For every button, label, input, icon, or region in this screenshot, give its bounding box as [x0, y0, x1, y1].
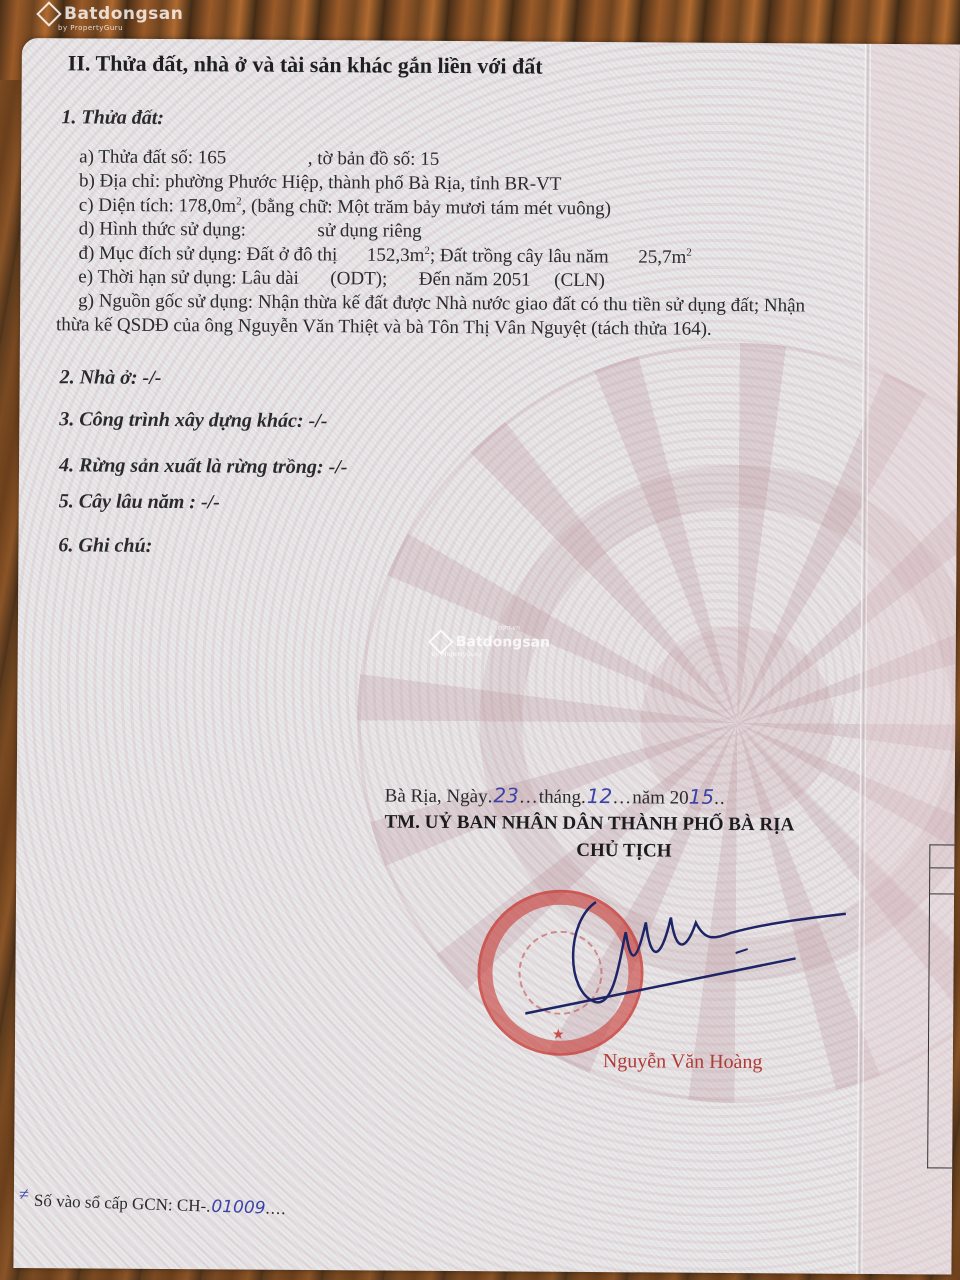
parcel-number-line: a) Thửa đất số: 165 , tờ bản đồ số: 15: [79, 146, 439, 171]
usage-form-line: d) Hình thức sử dụng: sử dụng riêng: [79, 218, 422, 242]
usage-purpose-label: đ) Mục đích sử dụng: Đất ở đô thị: [78, 243, 337, 266]
area-label: c) Diện tích:: [79, 195, 174, 217]
address-line: b) Địa chỉ: phường Phước Hiệp, thành phố…: [79, 170, 562, 195]
signer-position: CHỦ TỊCH: [576, 840, 671, 863]
perennial-trees-item: 5. Cây lâu năm : -/-: [59, 490, 220, 514]
certificate-registry-line: Số vào sổ cấp GCN: CH-.01009....: [34, 1191, 287, 1219]
signer-name: Nguyễn Văn Hoàng: [603, 1050, 763, 1074]
land-heading: 1. Thửa đất:: [61, 106, 164, 130]
origin-line-2: thừa kế QSDĐ của ông Nguyễn Văn Thiệt và…: [56, 314, 712, 341]
area-in-words: , (bằng chữ: Một trăm bảy mươi tám mét v…: [242, 196, 612, 220]
usage-term-line: e) Thời hạn sử dụng: Lâu dài (ODT); Đến …: [78, 266, 605, 292]
handwritten-signature: [525, 892, 846, 1034]
certificate-page: II. Thửa đất, nhà ở và tài sản khác gắn …: [13, 38, 960, 1275]
handwritten-initials: ≠: [19, 1184, 29, 1205]
batdongsan-watermark-top: Batdongsan by PropertyGuru: [40, 4, 183, 32]
usage-term-code-odt: (ODT);: [330, 268, 387, 289]
urban-land-area: 152,3m: [367, 245, 425, 266]
house-item: 2. Nhà ở: -/-: [60, 366, 162, 390]
parcel-number-label: a) Thửa đất số:: [79, 146, 193, 168]
map-sheet-value: 15: [420, 149, 439, 170]
address-value: phường Phước Hiệp, thành phố Bà Rịa, tỉn…: [165, 171, 562, 195]
registry-label: Số vào sổ cấp GCN: CH-: [34, 1191, 207, 1216]
origin-line-1: g) Nguồn gốc sử dụng: Nhận thừa kế đất đ…: [78, 290, 805, 317]
batdongsan-watermark-center: .com.vn Batdongsan by PropertyGuru: [432, 633, 550, 659]
side-notes-table: [927, 844, 960, 1168]
year-label: năm 20: [632, 787, 689, 808]
usage-form-value: sử dụng riêng: [317, 220, 421, 242]
handwritten-day: 23: [493, 783, 519, 807]
production-forest-item: 4. Rừng sản xuất là rừng trồng: -/-: [59, 454, 348, 479]
month-label: tháng: [539, 787, 581, 808]
notes-item: 6. Ghi chú:: [58, 534, 152, 558]
section-heading: II. Thửa đất, nhà ở và tài sản khác gắn …: [68, 50, 543, 79]
batdongsan-logo-icon: [36, 1, 61, 26]
issuing-organization: TM. UỶ BAN NHÂN DÂN THÀNH PHỐ BÀ RỊA: [384, 812, 794, 837]
place-label: Bà Rịa, Ngày: [385, 786, 488, 808]
map-sheet-label: , tờ bản đồ số:: [308, 148, 416, 170]
other-construction-item: 3. Công trình xây dựng khác: -/-: [59, 408, 327, 433]
usage-purpose-line: đ) Mục đích sử dụng: Đất ở đô thị 152,3m…: [78, 242, 691, 269]
usage-term-until: Đến năm 2051: [419, 269, 531, 291]
address-label: b) Địa chỉ:: [79, 170, 160, 192]
usage-form-label: d) Hình thức sử dụng:: [79, 218, 246, 240]
parcel-number-value: 165: [198, 147, 227, 168]
area-value: 178,0m: [178, 195, 236, 216]
usage-term-code-cln: (CLN): [554, 270, 605, 291]
usage-term-label: e) Thời hạn sử dụng: Lâu dài: [78, 266, 299, 289]
place-date-line: Bà Rịa, Ngày.23…tháng.12…năm 2015..: [385, 783, 726, 810]
handwritten-month: 12: [587, 784, 613, 808]
handwritten-year: 15: [689, 785, 715, 809]
area-line: c) Diện tích: 178,0m2, (bằng chữ: Một tr…: [79, 194, 611, 220]
perennial-land-label: ; Đất trồng cây lâu năm: [430, 245, 609, 267]
perennial-land-area: 25,7m: [638, 247, 686, 268]
handwritten-registry-number: 01009: [211, 1197, 266, 1219]
